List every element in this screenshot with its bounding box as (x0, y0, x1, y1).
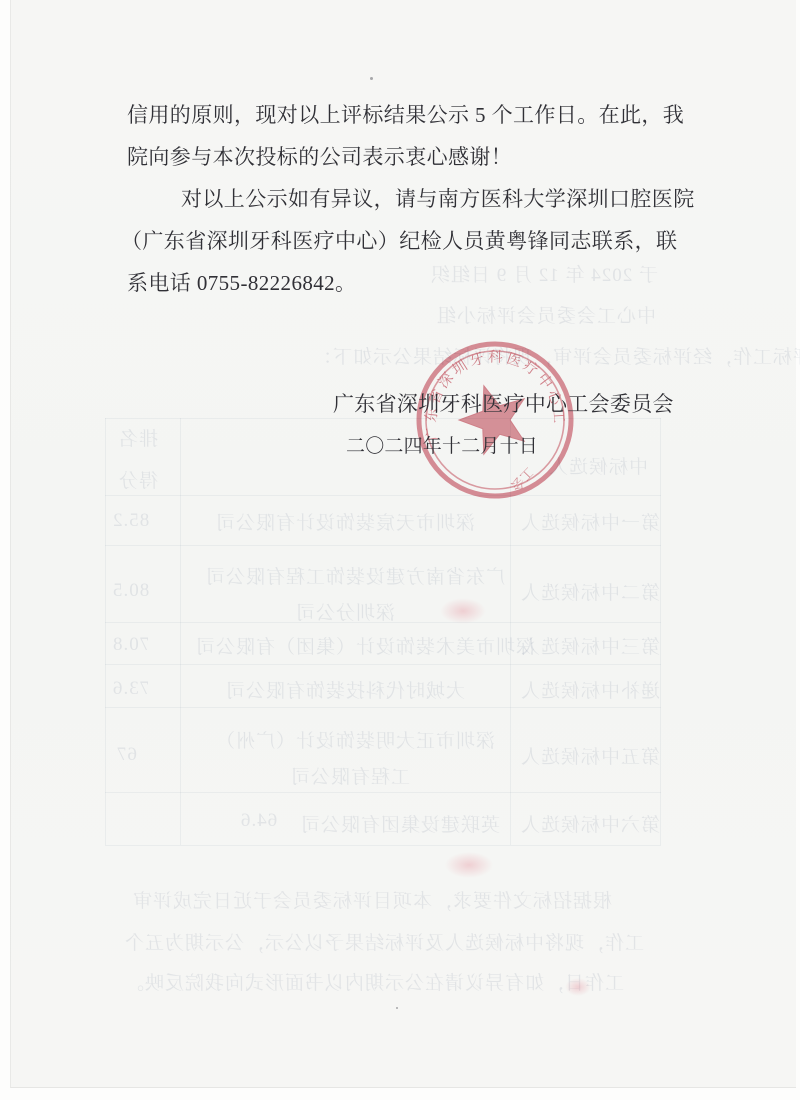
scan-speck (396, 1007, 398, 1009)
bleedthrough-cell: 第六中标候选人 (520, 810, 660, 837)
bleedthrough-text-line: 工作日，如有异议请在公示期内以书面形式向我院反映。 (124, 968, 624, 995)
bleedthrough-text-line: 根据招标文件要求，本项目评标委员会于近日完成评审 (132, 886, 612, 913)
bleedthrough-cell: 73.6 (112, 678, 149, 700)
bleedthrough-cell: 广东省南方建设装饰工程有限公司 (205, 562, 505, 589)
bleedthrough-cell: 深圳市正大明装饰设计（广州） (215, 726, 495, 753)
table-border (105, 792, 661, 793)
bleedthrough-cell: 第二中标候选人 (520, 578, 660, 605)
bleedthrough-cell: 深圳分公司 (295, 598, 395, 625)
bleedthrough-cell: 64.6 (240, 810, 277, 832)
bleedthrough-cell: 深圳市美术装饰设计（集团）有限公司 (195, 632, 535, 659)
body-line: 信用的原则，现对以上评标结果公示 5 个工作日。在此，我 (127, 101, 684, 129)
bleedthrough-cell: 递补中标候选人 (520, 676, 660, 703)
seal-bleed-smudge (565, 978, 591, 996)
seal-bleed-smudge (440, 598, 486, 624)
bleedthrough-text-line: 工作，现将中标候选人及评标结果予以公示，公示期为五个 (124, 928, 644, 955)
seal-bottom-text: 工会 (508, 465, 537, 494)
official-seal: 广东省深圳牙科医疗中心工会 工会 (399, 324, 590, 515)
table-border (105, 845, 661, 846)
seal-bleed-smudge (445, 852, 493, 878)
bleedthrough-cell: 工程有限公司 (290, 762, 410, 789)
table-border (105, 664, 661, 665)
bleedthrough-cell: 80.5 (112, 580, 149, 602)
table-border (660, 418, 661, 845)
bleedthrough-cell: 得分 (118, 466, 158, 493)
bleedthrough-cell: 85.2 (112, 510, 149, 532)
bleedthrough-cell: 第五中标候选人 (520, 742, 660, 769)
bleedthrough-text-line: 中心工会委员会评标小组 (436, 301, 656, 328)
scan-speck (370, 77, 373, 80)
bleedthrough-cell: 第一中标候选人 (520, 508, 660, 535)
table-border (105, 418, 106, 845)
table-border (105, 545, 661, 546)
bleedthrough-cell: 英联建设集团有限公司 (300, 810, 500, 837)
bleedthrough-cell: 67 (116, 744, 137, 766)
signature-org: 广东省深圳牙科医疗中心工会委员会 (333, 388, 674, 418)
scanned-document: 于 2024 年 12 月 9 日组织 中心工会委员会评标小组 评标工作，经评标… (0, 0, 800, 1100)
bleedthrough-cell: 排名 (118, 424, 158, 451)
bleedthrough-cell: 70.8 (112, 634, 149, 656)
bleedthrough-text-line: 于 2024 年 12 月 9 日组织 (430, 260, 658, 287)
body-line: 对以上公示如有异议，请与南方医科大学深圳口腔医院 (181, 185, 695, 213)
table-border (180, 418, 181, 845)
body-line: （广东省深圳牙科医疗中心）纪检人员黄粤锋同志联系，联 (121, 227, 677, 255)
body-line: 院向参与本次投标的公司表示衷心感谢！ (127, 143, 512, 171)
signature-date: 二〇二四年十二月十日 (346, 431, 538, 458)
bleedthrough-cell: 第三中标候选人 (520, 632, 660, 659)
table-border (105, 707, 661, 708)
bleedthrough-cell: 大城时代科技装饰有限公司 (225, 676, 465, 703)
body-line: 系电话 0755-82226842。 (127, 269, 356, 297)
